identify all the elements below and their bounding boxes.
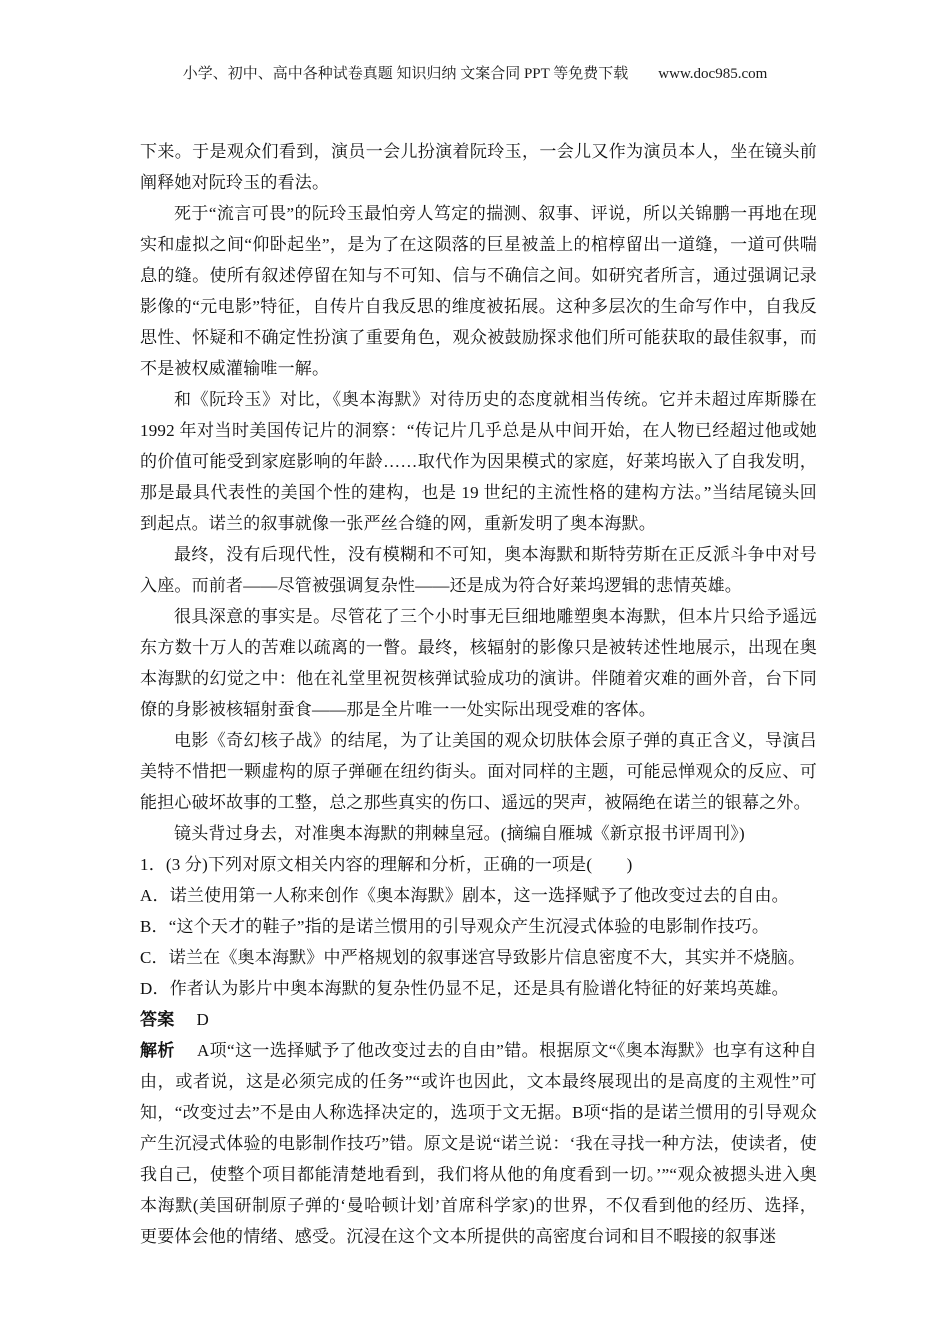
question-1: 1．(3 分)下列对原文相关内容的理解和分析，正确的一项是( ) A．诺兰使用第… (140, 849, 817, 1252)
passage: 下来。于是观众们看到，演员一会儿扮演着阮玲玉，一会儿又作为演员本人，坐在镜头前阐… (140, 136, 817, 849)
option-label: D． (140, 979, 170, 998)
document-page: 小学、初中、高中各种试卷真题 知识归纳 文案合同 PPT 等免费下载www.do… (0, 0, 950, 1344)
option-label: B． (140, 917, 169, 936)
option-row-a: A．诺兰使用第一人称来创作《奥本海默》剧本，这一选择赋予了他改变过去的自由。 (140, 880, 817, 911)
option-text: 作者认为影片中奥本海默的复杂性仍显不足，还是具有脸谱化特征的好莱坞英雄。 (170, 979, 789, 998)
passage-paragraph: 死于“流言可畏”的阮玲玉最怕旁人笃定的揣测、叙事、评说，所以关锦鹏一再地在现实和… (140, 198, 817, 384)
option-text: “这个天才的鞋子”指的是诺兰惯用的引导观众产生沉浸式体验的电影制作技巧。 (169, 917, 769, 936)
passage-paragraph: 镜头背过身去，对准奥本海默的荆棘皇冠。(摘编自雁城《新京报书评周刊》) (140, 818, 817, 849)
answer-value: D (197, 1010, 209, 1029)
analysis-text: A项“这一选择赋予了他改变过去的自由”错。根据原文“《奥本海默》也享有这种自由，… (140, 1041, 817, 1246)
option-label: C． (140, 948, 169, 967)
option-row-c: C．诺兰在《奥本海默》中严格规划的叙事迷宫导致影片信息密度不大，其实并不烧脑。 (140, 942, 817, 973)
passage-paragraph: 最终，没有后现代性，没有模糊和不可知，奥本海默和斯特劳斯在正反派斗争中对号入座。… (140, 539, 817, 601)
options-list: A．诺兰使用第一人称来创作《奥本海默》剧本，这一选择赋予了他改变过去的自由。 B… (140, 880, 817, 1004)
answer-line: 答案D (140, 1004, 817, 1035)
question-stem-line: 1．(3 分)下列对原文相关内容的理解和分析，正确的一项是( ) (140, 849, 817, 880)
option-row-b: B．“这个天才的鞋子”指的是诺兰惯用的引导观众产生沉浸式体验的电影制作技巧。 (140, 911, 817, 942)
passage-paragraph: 很具深意的事实是。尽管花了三个小时事无巨细地雕塑奥本海默，但本片只给予遥远东方数… (140, 601, 817, 725)
analysis-label: 解析 (140, 1041, 175, 1060)
passage-paragraph: 电影《奇幻核子战》的结尾，为了让美国的观众切肤体会原子弹的真正含义，导演吕美特不… (140, 725, 817, 818)
document-content: 下来。于是观众们看到，演员一会儿扮演着阮玲玉，一会儿又作为演员本人，坐在镜头前阐… (140, 136, 817, 1252)
option-row-d: D．作者认为影片中奥本海默的复杂性仍显不足，还是具有脸谱化特征的好莱坞英雄。 (140, 973, 817, 1004)
site-url: www.doc985.com (658, 66, 767, 82)
header-promo-text: 小学、初中、高中各种试卷真题 知识归纳 文案合同 PPT 等免费下载 (183, 66, 629, 82)
option-label: A． (140, 886, 170, 905)
answer-label: 答案 (140, 1010, 174, 1029)
header-watermark: 小学、初中、高中各种试卷真题 知识归纳 文案合同 PPT 等免费下载www.do… (0, 0, 950, 83)
question-stem: 下列对原文相关内容的理解和分析，正确的一项是( ) (208, 855, 633, 874)
option-text: 诺兰在《奥本海默》中严格规划的叙事迷宫导致影片信息密度不大，其实并不烧脑。 (169, 948, 805, 967)
question-points: (3 分) (166, 855, 208, 874)
passage-paragraph: 和《阮玲玉》对比，《奥本海默》对待历史的态度就相当传统。它并未超过库斯滕在 19… (140, 384, 817, 539)
option-text: 诺兰使用第一人称来创作《奥本海默》剧本，这一选择赋予了他改变过去的自由。 (170, 886, 789, 905)
passage-paragraph: 下来。于是观众们看到，演员一会儿扮演着阮玲玉，一会儿又作为演员本人，坐在镜头前阐… (140, 136, 817, 198)
question-number: 1． (140, 855, 166, 874)
analysis-paragraph: 解析A项“这一选择赋予了他改变过去的自由”错。根据原文“《奥本海默》也享有这种自… (140, 1035, 817, 1252)
